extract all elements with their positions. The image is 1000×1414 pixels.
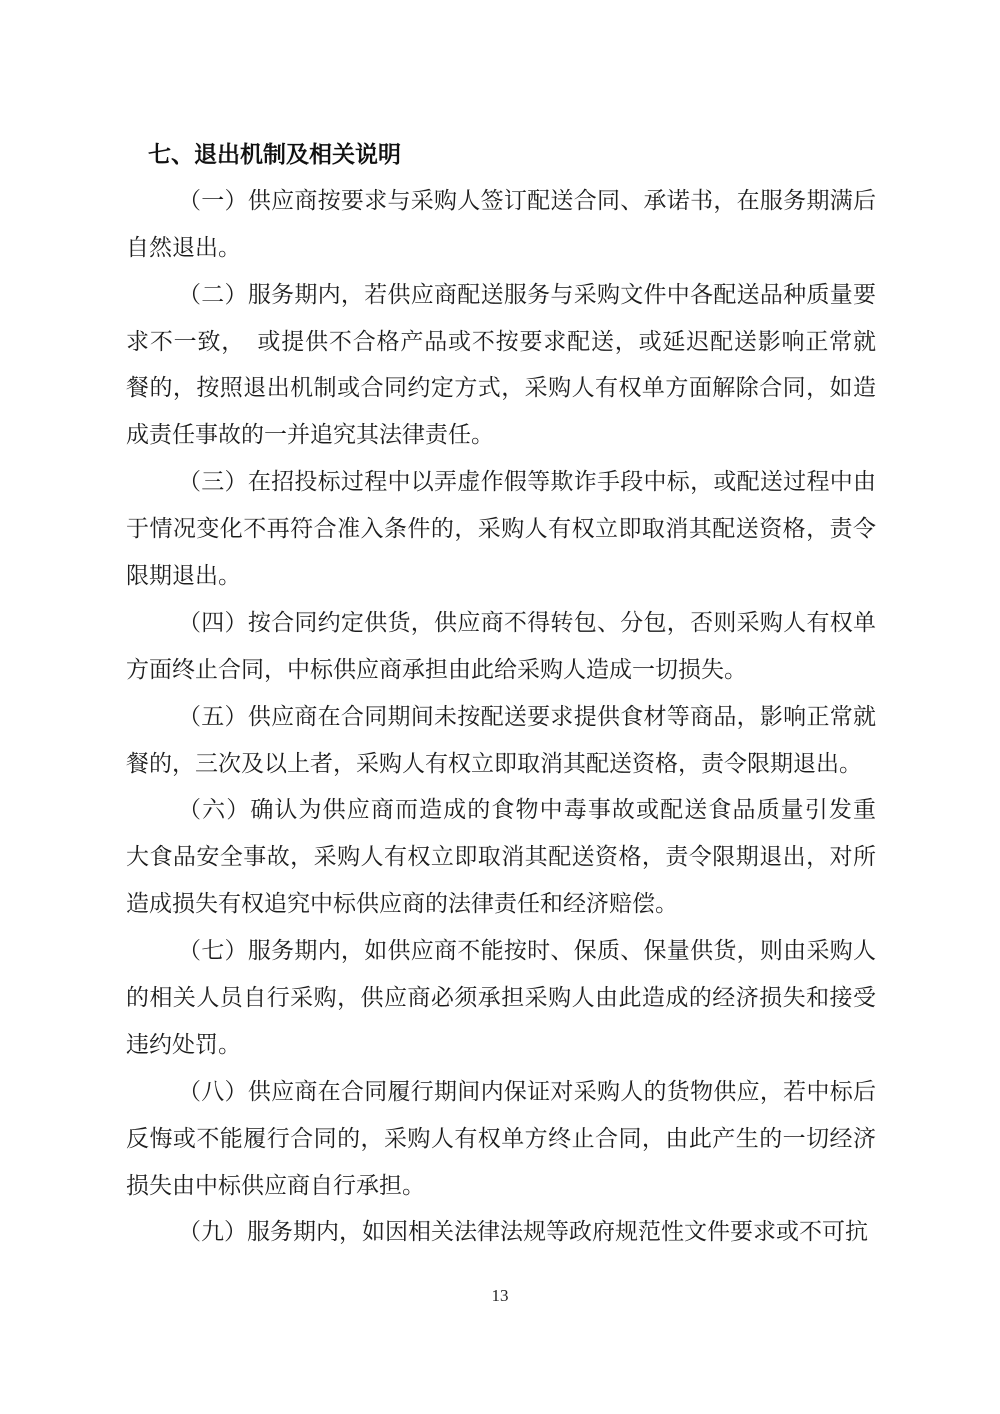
paragraph-3-line-2: 于情况变化不再符合准入条件的，采购人有权立即取消其配送资格，责令 [126, 506, 876, 553]
paragraph-8-line-2: 反悔或不能履行合同的，采购人有权单方终止合同，由此产生的一切经济 [126, 1116, 876, 1163]
paragraph-9-line-1: （九）服务期内，如因相关法律法规等政府规范性文件要求或不可抗 [126, 1209, 876, 1256]
paragraph-2-line-3: 餐的，按照退出机制或合同约定方式，采购人有权单方面解除合同，如造 [126, 365, 876, 412]
page-number: 13 [0, 1284, 1000, 1308]
section-heading: 七、退出机制及相关说明 [126, 131, 876, 178]
paragraph-5-line-2: 餐的，三次及以上者，采购人有权立即取消其配送资格，责令限期退出。 [126, 741, 876, 788]
paragraph-4-line-2: 方面终止合同，中标供应商承担由此给采购人造成一切损失。 [126, 647, 876, 694]
paragraph-6-line-2: 大食品安全事故，采购人有权立即取消其配送资格，责令限期退出，对所 [126, 834, 876, 881]
document-page: 七、退出机制及相关说明 （一）供应商按要求与采购人签订配送合同、承诺书，在服务期… [0, 0, 1000, 1414]
paragraph-7-line-2: 的相关人员自行采购，供应商必须承担采购人由此造成的经济损失和接受 [126, 975, 876, 1022]
paragraph-8-line-1: （八）供应商在合同履行期间内保证对采购人的货物供应，若中标后 [126, 1069, 876, 1116]
paragraph-1-line-1: （一）供应商按要求与采购人签订配送合同、承诺书，在服务期满后 [126, 178, 876, 225]
text-block: 七、退出机制及相关说明 （一）供应商按要求与采购人签订配送合同、承诺书，在服务期… [126, 131, 876, 1256]
document-body: （一）供应商按要求与采购人签订配送合同、承诺书，在服务期满后自然退出。（二）服务… [126, 178, 876, 1256]
paragraph-5-line-1: （五）供应商在合同期间未按配送要求提供食材等商品，影响正常就 [126, 694, 876, 741]
paragraph-2-line-4: 成责任事故的一并追究其法律责任。 [126, 412, 876, 459]
paragraph-7-line-3: 违约处罚。 [126, 1022, 876, 1069]
paragraph-8-line-3: 损失由中标供应商自行承担。 [126, 1163, 876, 1210]
paragraph-4-line-1: （四）按合同约定供货，供应商不得转包、分包，否则采购人有权单 [126, 600, 876, 647]
paragraph-3-line-1: （三）在招投标过程中以弄虚作假等欺诈手段中标，或配送过程中由 [126, 459, 876, 506]
paragraph-2-line-2: 求不一致， 或提供不合格产品或不按要求配送，或延迟配送影响正常就 [126, 319, 876, 366]
paragraph-2-line-1: （二）服务期内，若供应商配送服务与采购文件中各配送品种质量要 [126, 272, 876, 319]
paragraph-7-line-1: （七）服务期内，如供应商不能按时、保质、保量供货，则由采购人 [126, 928, 876, 975]
paragraph-1-line-2: 自然退出。 [126, 225, 876, 272]
paragraph-3-line-3: 限期退出。 [126, 553, 876, 600]
paragraph-6-line-3: 造成损失有权追究中标供应商的法律责任和经济赔偿。 [126, 881, 876, 928]
paragraph-6-line-1: （六）确认为供应商而造成的食物中毒事故或配送食品质量引发重 [126, 787, 876, 834]
